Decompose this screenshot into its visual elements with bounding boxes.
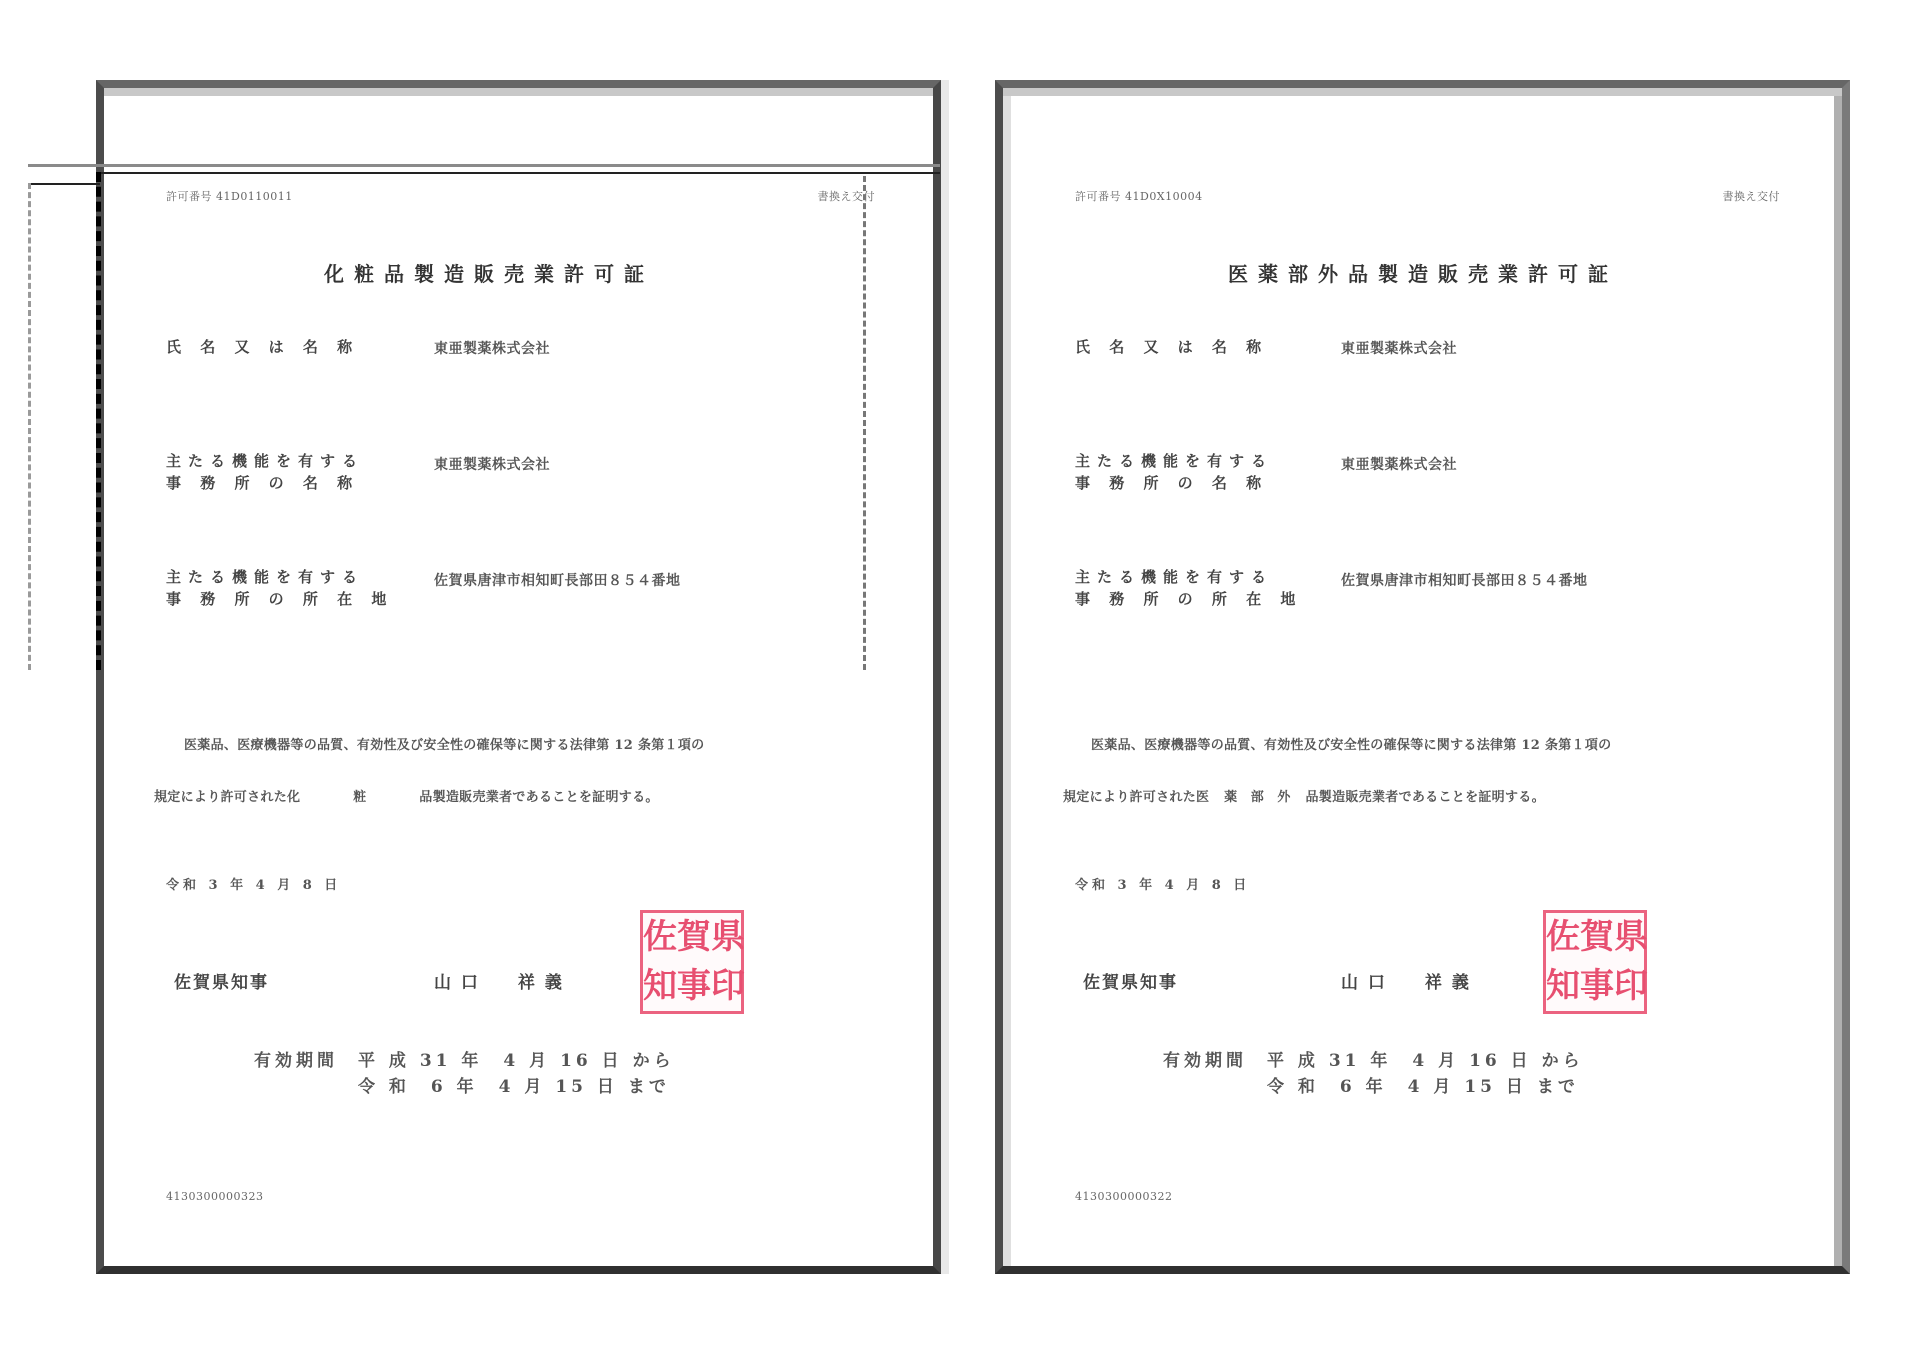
document-code: 4130300000322 <box>1075 1190 1172 1203</box>
permit-number: 許可番号 41D0X10004 <box>1075 188 1203 204</box>
field-label-office-address-line2: 事 務 所 の 所 在 地 <box>1075 588 1302 610</box>
signatory-name: 山 口 祥 義 <box>434 968 564 993</box>
stamp-char: 事 <box>677 962 711 1011</box>
field-label-office-address-line2: 事 務 所 の 所 在 地 <box>166 588 393 610</box>
stamp-char: 事 <box>1580 962 1614 1011</box>
field-value-name: 東亜製薬株式会社 <box>434 338 550 358</box>
certification-body-line1: 医薬品、医療機器等の品質、有効性及び安全性の確保等に関する法律第 12 条第１項… <box>1091 734 1611 753</box>
validity-period: 平 成 31 年 4 月 16 日 から 令 和 6 年 4 月 15 日 まで <box>358 1048 675 1100</box>
field-value-name: 東亜製薬株式会社 <box>1341 338 1457 358</box>
validity-from: 平 成 31 年 4 月 16 日 から <box>358 1048 675 1074</box>
selection-box-dashed-edge[interactable] <box>28 183 31 670</box>
stamp-char: 知 <box>643 962 677 1011</box>
field-label-office-name: 主たる機能を有する 事 務 所 の 名 称 <box>166 450 364 494</box>
stamp-char: 賀 <box>677 913 711 962</box>
issue-date: 令和 3 年 4 月 8 日 <box>1075 874 1250 893</box>
certificate-title: 化粧品製造販売業許可証 <box>324 258 654 287</box>
field-label-office-name-line1: 主たる機能を有する <box>1075 450 1273 472</box>
field-label-office-name-line2: 事 務 所 の 名 称 <box>166 472 364 494</box>
validity-to: 令 和 6 年 4 月 15 日 まで <box>358 1074 675 1100</box>
validity-from: 平 成 31 年 4 月 16 日 から <box>1267 1048 1584 1074</box>
official-seal-stamp: 佐 賀 県 知 事 印 <box>640 910 744 1014</box>
field-label-office-name-line2: 事 務 所 の 名 称 <box>1075 472 1273 494</box>
field-label-office-name-line1: 主たる機能を有する <box>166 450 364 472</box>
permit-number: 許可番号 41D0110011 <box>166 188 293 204</box>
stamp-char: 県 <box>711 913 745 962</box>
reissue-note: 書換え交付 <box>818 188 876 204</box>
field-label-office-address: 主たる機能を有する 事 務 所 の 所 在 地 <box>166 566 393 610</box>
stamp-char: 県 <box>1614 913 1648 962</box>
field-label-office-address-line1: 主たる機能を有する <box>1075 566 1302 588</box>
body-line2-prefix: 規定により許可された医 <box>1063 790 1209 805</box>
stamp-char: 佐 <box>1546 913 1580 962</box>
field-value-office-name: 東亜製薬株式会社 <box>434 454 550 474</box>
validity-period: 平 成 31 年 4 月 16 日 から 令 和 6 年 4 月 15 日 まで <box>1267 1048 1584 1100</box>
field-label-office-address: 主たる機能を有する 事 務 所 の 所 在 地 <box>1075 566 1302 610</box>
signatory-name: 山 口 祥 義 <box>1341 968 1471 993</box>
issue-date: 令和 3 年 4 月 8 日 <box>166 874 341 893</box>
reissue-note: 書換え交付 <box>1723 188 1781 204</box>
body-line2-prefix: 規定により許可された化 <box>154 790 300 805</box>
body-line2-mid: 薬 部 外 <box>1224 790 1291 805</box>
field-label-office-name: 主たる機能を有する 事 務 所 の 名 称 <box>1075 450 1273 494</box>
document-code: 4130300000323 <box>166 1190 263 1203</box>
certificate-title: 医薬部外品製造販売業許可証 <box>1228 258 1618 287</box>
certification-body-line2: 規定により許可された医 薬 部 外 品製造販売業者であることを証明する。 <box>1063 786 1545 805</box>
field-value-office-name: 東亜製薬株式会社 <box>1341 454 1457 474</box>
body-line2-mid: 粧 <box>353 790 366 805</box>
field-value-office-address: 佐賀県唐津市相知町長部田８５４番地 <box>1341 570 1588 590</box>
stamp-char: 知 <box>1546 962 1580 1011</box>
stamp-char: 印 <box>711 962 745 1011</box>
certification-body-line2: 規定により許可された化 粧 品製造販売業者であることを証明する。 <box>154 786 659 805</box>
certificate-page-quasi-drugs: 許可番号 41D0X10004 書換え交付 医薬部外品製造販売業許可証 氏 名 … <box>995 80 1850 1274</box>
selection-guide-line <box>100 172 940 174</box>
stamp-char: 印 <box>1614 962 1648 1011</box>
stamp-char: 佐 <box>643 913 677 962</box>
field-label-name: 氏 名 又 は 名 称 <box>1075 336 1268 358</box>
selection-box-dashed-edge[interactable] <box>863 176 866 670</box>
official-seal-stamp: 佐 賀 県 知 事 印 <box>1543 910 1647 1014</box>
validity-label: 有効期間 <box>1163 1048 1247 1074</box>
body-line2-suffix: 品製造販売業者であることを証明する。 <box>419 790 658 805</box>
selection-guide-line <box>28 164 940 167</box>
selection-guide-line <box>28 183 100 185</box>
certification-body-line1: 医薬品、医療機器等の品質、有効性及び安全性の確保等に関する法律第 12 条第１項… <box>184 734 704 753</box>
issuer-title: 佐賀県知事 <box>1083 968 1178 993</box>
field-value-office-address: 佐賀県唐津市相知町長部田８５４番地 <box>434 570 681 590</box>
selection-box-dashed-edge[interactable] <box>96 172 101 670</box>
field-label-office-address-line1: 主たる機能を有する <box>166 566 393 588</box>
field-label-name: 氏 名 又 は 名 称 <box>166 336 359 358</box>
body-line2-suffix: 品製造販売業者であることを証明する。 <box>1305 790 1544 805</box>
validity-to: 令 和 6 年 4 月 15 日 まで <box>1267 1074 1584 1100</box>
stamp-char: 賀 <box>1580 913 1614 962</box>
validity-label: 有効期間 <box>254 1048 338 1074</box>
issuer-title: 佐賀県知事 <box>174 968 269 993</box>
certificate-page-cosmetics: 許可番号 41D0110011 書換え交付 化粧品製造販売業許可証 氏 名 又 … <box>96 80 941 1274</box>
